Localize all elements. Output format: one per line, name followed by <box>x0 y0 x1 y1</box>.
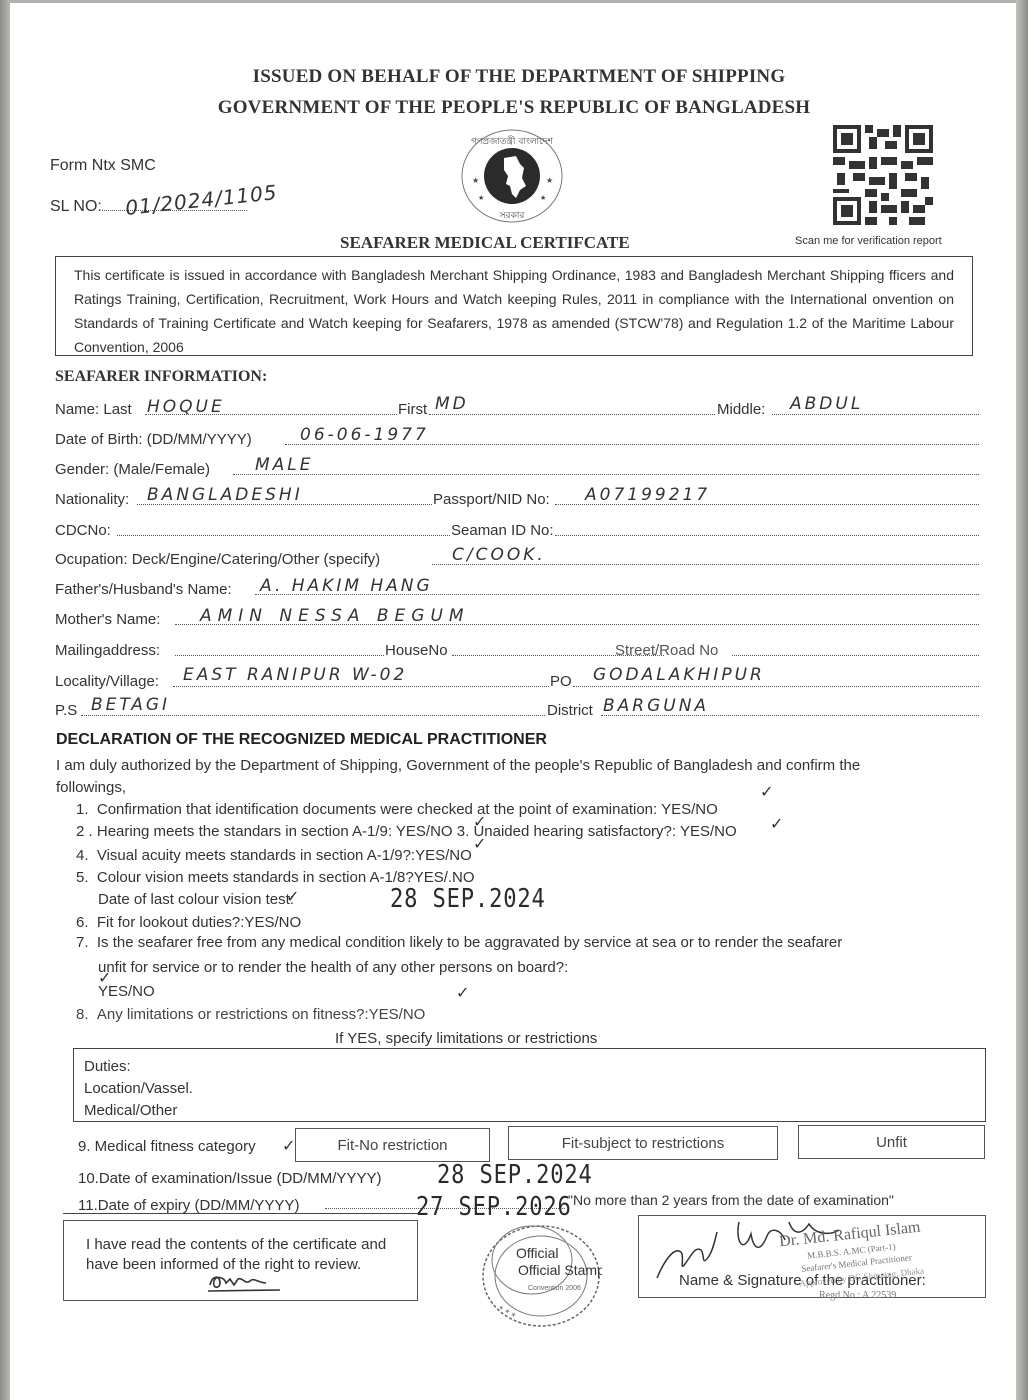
dotted-line <box>573 686 979 687</box>
declaration-item-6: 6. Fit for lookout duties?:YES/NO <box>76 914 301 931</box>
declaration-item-7: 7. Is the seafarer free from any medical… <box>76 934 842 951</box>
form-number: Form Ntx SMC <box>50 157 156 175</box>
dob-value: 06-06-1977 <box>300 425 429 445</box>
district-value: BARGUNA <box>603 696 709 716</box>
certificate-title: SEAFARER MEDICAL CERTIFCATE <box>340 233 630 253</box>
svg-text:★: ★ <box>478 194 484 202</box>
fitness-option-unfit[interactable]: Unfit <box>798 1125 985 1159</box>
ps-value: BETAGI <box>91 695 170 715</box>
limit-medical: Medical/Other <box>84 1100 975 1122</box>
exam-date-stamp: 28 SEP.2024 <box>437 1160 593 1190</box>
father-value: A. HAKIM HANG <box>260 576 433 596</box>
dotted-line <box>732 655 979 656</box>
district-label: District <box>547 702 593 719</box>
locality-value: EAST RANIPUR W-02 <box>183 665 407 685</box>
name-middle-value: ABDUL <box>790 394 863 414</box>
fitness-category-label: 9. Medical fitness category <box>78 1138 256 1155</box>
name-last-value: HOQUE <box>147 397 225 417</box>
checkmark-icon: ✓ <box>770 814 783 833</box>
declaration-item-4: 4. Visual acuity meets standards in sect… <box>76 847 472 864</box>
passport-label: Passport/NID No: <box>433 491 550 508</box>
mailing-label: Mailingaddress: <box>55 642 160 659</box>
exam-date-label: 10.Date of examination/Issue (DD/MM/YYYY… <box>78 1170 381 1187</box>
practitioner-signature-box: Dr. Md. Rafiqul Islam M.B.B.S. A.MC (Par… <box>638 1215 986 1298</box>
fitness-option-fit-no-restriction[interactable]: Fit-No restriction <box>295 1128 490 1162</box>
declaration-paragraph: I am duly authorized by the Department o… <box>56 755 916 799</box>
checkmark-icon: ✓ <box>473 812 486 831</box>
svg-text:Official: Official <box>516 1245 559 1261</box>
dotted-line <box>233 474 979 475</box>
intro-text-box: This certificate is issued in accordance… <box>55 256 973 356</box>
bangladesh-government-seal-icon: গণপ্রজাতন্ত্রী বাংলাদেশ সরকার ★ ★ ★ ★ <box>460 128 564 224</box>
dotted-line <box>173 686 549 687</box>
svg-text:★: ★ <box>540 194 546 202</box>
colour-test-date-stamp: 28 SEP.2024 <box>390 884 546 914</box>
header-line-1: ISSUED ON BEHALF OF THE DEPARTMENT OF SH… <box>5 66 1028 88</box>
fitness-option-fit-subject-to-restrictions[interactable]: Fit-subject to restrictions <box>508 1126 778 1160</box>
name-first-label: First <box>398 401 427 418</box>
dotted-line <box>175 655 384 656</box>
cdc-label: CDCNo: <box>55 522 111 539</box>
limit-location: Location/Vassel. <box>84 1078 975 1100</box>
svg-text:★: ★ <box>546 176 553 185</box>
seaman-id-label: Seaman ID No: <box>451 522 554 539</box>
divider <box>63 1213 418 1214</box>
nationality-label: Nationality: <box>55 491 129 508</box>
mother-row: Mother's Name: AMIN NESSA BEGUM <box>55 606 979 628</box>
scan-edge-right <box>1016 0 1028 1400</box>
dotted-line <box>117 535 450 536</box>
locality-row: Locality/Village: EAST RANIPUR W-02 PO G… <box>55 668 979 690</box>
practitioner-regd-no: Regd No : A 22539 <box>819 1290 896 1301</box>
gender-value: MALE <box>255 455 314 475</box>
declaration-item-8: 8. Any limitations or restrictions on fi… <box>76 1006 425 1023</box>
svg-text:★: ★ <box>472 176 479 185</box>
declaration-item-7-cont: unfit for service or to render the healt… <box>98 959 568 976</box>
expiry-date-stamp: 27 SEP.2026 <box>416 1192 572 1222</box>
scan-edge-top <box>0 0 1028 3</box>
svg-text:Official Stamp: Official Stamp <box>518 1262 602 1278</box>
occupation-value: C/COOK. <box>452 545 546 565</box>
checkmark-icon: ✓ <box>456 983 469 1002</box>
svg-text:গণপ্রজাতন্ত্রী বাংলাদেশ: গণপ্রজাতন্ত্রী বাংলাদেশ <box>471 135 553 147</box>
expiry-note: "No more than 2 years from the date of e… <box>568 1192 894 1208</box>
limitations-box: Duties: Location/Vassel. Medical/Other <box>73 1048 986 1122</box>
checkmark-icon: ✓ <box>98 968 111 987</box>
declaration-title: DECLARATION OF THE RECOGNIZED MEDICAL PR… <box>56 731 547 749</box>
checkmark-icon: ✓ <box>760 782 773 801</box>
dob-label: Date of Birth: (DD/MM/YYYY) <box>55 431 252 448</box>
father-row: Father's/Husband's Name: A. HAKIM HANG <box>55 576 979 598</box>
mother-label: Mother's Name: <box>55 611 160 628</box>
qr-caption: Scan me for verification report <box>795 235 942 247</box>
nationality-row: Nationality: BANGLADESHI Passport/NID No… <box>55 486 979 508</box>
locality-label: Locality/Village: <box>55 673 159 690</box>
checkmark-icon: ✓ <box>286 887 299 906</box>
po-value: GODALAKHIPUR <box>593 665 765 685</box>
official-stamp-icon: Official Official Stamp Convention 2006 … <box>480 1220 602 1328</box>
limit-duties: Duties: <box>84 1056 975 1078</box>
dob-row: Date of Birth: (DD/MM/YYYY) 06-06-1977 <box>55 426 979 448</box>
seafarer-signature-icon <box>206 1271 286 1295</box>
occupation-label: Ocupation: Deck/Engine/Catering/Other (s… <box>55 551 380 568</box>
name-last-label: Name: Last <box>55 401 132 418</box>
header-line-2: GOVERNMENT OF THE PEOPLE'S REPUBLIC OF B… <box>0 97 1028 119</box>
gender-row: Gender: (Male/Female) MALE <box>55 456 979 478</box>
svg-text:Convention 2006: Convention 2006 <box>528 1285 581 1292</box>
father-label: Father's/Husband's Name: <box>55 581 232 598</box>
cdc-row: CDCNo: Seaman ID No: <box>55 517 979 539</box>
expiry-date-label: 11.Date of expiry (DD/MM/YYYY) <box>78 1197 299 1214</box>
svg-text:সরকার: সরকার <box>499 211 526 221</box>
name-first-value: MD <box>435 394 469 414</box>
seafarer-info-title: SEAFARER INFORMATION: <box>55 368 267 386</box>
checkmark-icon: ✓ <box>473 834 486 853</box>
mailing-row: Mailingaddress: HouseNo Street/Road No <box>55 637 979 659</box>
mother-value: AMIN NESSA BEGUM <box>200 606 470 626</box>
limitations-prompt: If YES, specify limitations or restricti… <box>335 1030 597 1047</box>
name-middle-label: Middle: <box>717 401 765 418</box>
sl-no-label: SL NO: <box>50 198 102 215</box>
po-label: PO <box>550 673 572 690</box>
dotted-line <box>555 535 979 536</box>
dotted-line <box>81 715 545 716</box>
passport-value: A07199217 <box>585 485 710 505</box>
acknowledgement-box: I have read the contents of the certific… <box>63 1220 418 1301</box>
dotted-line <box>772 414 979 415</box>
qr-code-icon[interactable] <box>833 125 933 225</box>
declaration-item-1: 1. Confirmation that identification docu… <box>76 801 718 818</box>
declaration-item-2-3: 2 . Hearing meets the standars in sectio… <box>76 823 737 840</box>
occupation-row: Ocupation: Deck/Engine/Catering/Other (s… <box>55 546 979 568</box>
checkmark-icon: ✓ <box>282 1136 295 1155</box>
street-label: Street/Road No <box>615 642 718 659</box>
acknowledgement-text: I have read the contents of the certific… <box>86 1236 386 1273</box>
dotted-line <box>429 414 715 415</box>
colour-test-date-label: Date of last colour vision test: <box>98 891 294 908</box>
scan-edge-left <box>0 0 10 1400</box>
ps-label: P.S <box>55 702 77 719</box>
gender-label: Gender: (Male/Female) <box>55 461 210 478</box>
house-no-label: HouseNo <box>385 642 448 659</box>
ps-row: P.S BETAGI District BARGUNA <box>55 697 979 719</box>
name-row: Name: Last HOQUE First MD Middle: ABDUL <box>55 396 979 418</box>
nationality-value: BANGLADESHI <box>147 485 303 505</box>
